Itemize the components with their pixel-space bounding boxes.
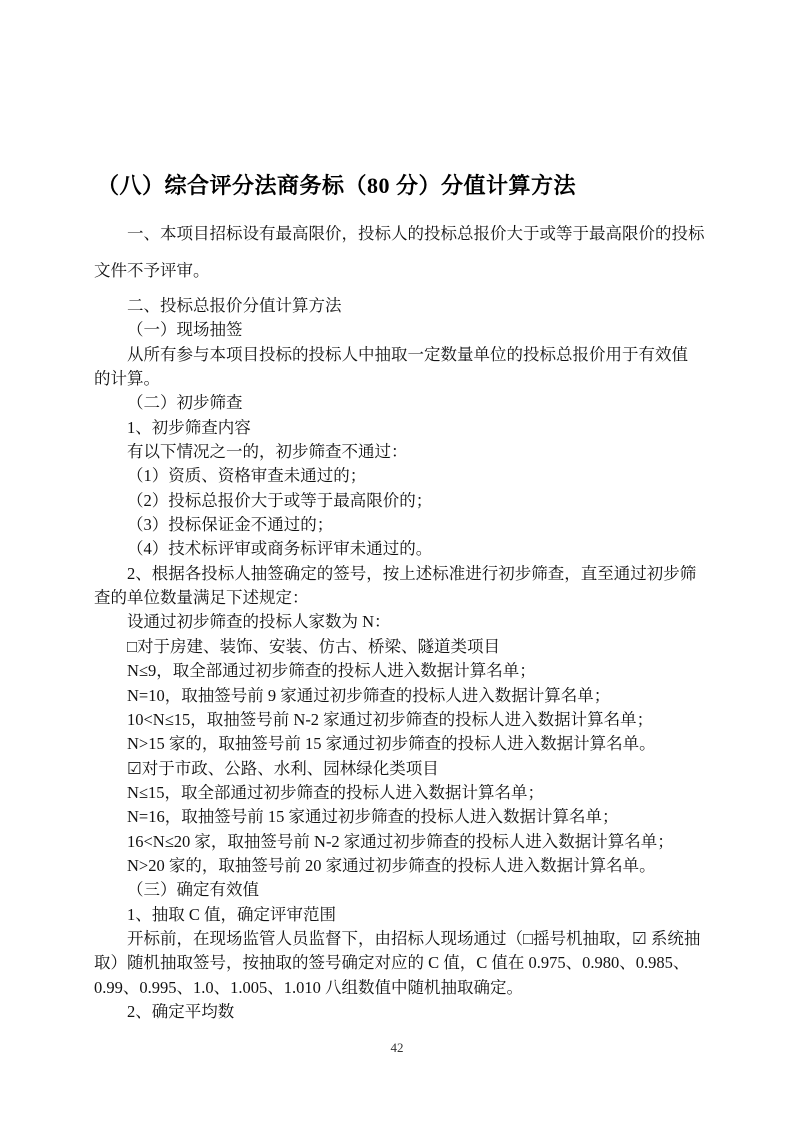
text-line: 1、初步筛查内容 [94,416,714,440]
text-line: 开标前，在现场监管人员监督下，由招标人现场通过（□摇号机抽取，☑ 系统抽 [94,927,714,951]
text-line: 有以下情况之一的，初步筛查不通过： [94,440,714,464]
text-line: N≤15，取全部通过初步筛查的投标人进入数据计算名单； [94,781,714,805]
text-line: 二、投标总报价分值计算方法 [94,294,714,318]
text-line: （2）投标总报价大于或等于最高限价的； [94,489,714,513]
text-line: 2、确定平均数 [94,1000,714,1024]
text-line: N>15 家的，取抽签号前 15 家通过初步筛查的投标人进入数据计算名单。 [94,732,714,756]
text-line: （一）现场抽签 [94,318,714,342]
text-line-checkbox-checked-icon: ☑对于市政、公路、水利、园林绿化类项目 [94,757,714,781]
text-line: N=10，取抽签号前 9 家通过初步筛查的投标人进入数据计算名单； [94,684,714,708]
text-line: （1）资质、资格审查未通过的； [94,464,714,488]
text-line: 1、抽取 C 值，确定评审范围 [94,903,714,927]
text-line: （二）初步筛查 [94,391,714,415]
text-line: N=16，取抽签号前 15 家通过初步筛查的投标人进入数据计算名单； [94,805,714,829]
document-body: 二、投标总报价分值计算方法（一）现场抽签从所有参与本项目投标的投标人中抽取一定数… [94,294,714,1024]
text-line: （三）确定有效值 [94,878,714,902]
text-line: （3）投标保证金不通过的； [94,513,714,537]
text-line: 从所有参与本项目投标的投标人中抽取一定数量单位的投标总报价用于有效值 [94,343,714,367]
text-line: 查的单位数量满足下述规定： [94,586,714,610]
text-line: 设通过初步筛查的投标人家数为 N： [94,610,714,634]
text-line-checkbox-unchecked-icon: □对于房建、装饰、安装、仿古、桥梁、隧道类项目 [94,635,714,659]
text-line: 0.99、0.995、1.0、1.005、1.010 八组数值中随机抽取确定。 [94,976,714,1000]
text-line: （4）技术标评审或商务标评审未通过的。 [94,537,714,561]
text-line: 一、本项目招标设有最高限价，投标人的投标总报价大于或等于最高限价的投标 [94,216,714,253]
text-line: 2、根据各投标人抽签确定的签号，按上述标准进行初步筛查，直至通过初步筛 [94,562,714,586]
text-line: N≤9，取全部通过初步筛查的投标人进入数据计算名单； [94,659,714,683]
document-page: （八）综合评分法商务标（80 分）分值计算方法 一、本项目招标设有最高限价，投标… [0,0,794,1122]
text-line: 取）随机抽取签号，按抽取的签号确定对应的 C 值，C 值在 0.975、0.98… [94,951,714,975]
page-title: （八）综合评分法商务标（80 分）分值计算方法 [97,170,576,202]
intro-paragraph: 一、本项目招标设有最高限价，投标人的投标总报价大于或等于最高限价的投标文件不予评… [94,216,714,289]
text-line: N>20 家的，取抽签号前 20 家通过初步筛查的投标人进入数据计算名单。 [94,854,714,878]
text-line: 16<N≤20 家，取抽签号前 N-2 家通过初步筛查的投标人进入数据计算名单； [94,830,714,854]
text-line: 的计算。 [94,367,714,391]
text-line: 10<N≤15，取抽签号前 N-2 家通过初步筛查的投标人进入数据计算名单； [94,708,714,732]
page-number: 42 [0,1040,794,1056]
text-line: 文件不予评审。 [94,253,714,290]
